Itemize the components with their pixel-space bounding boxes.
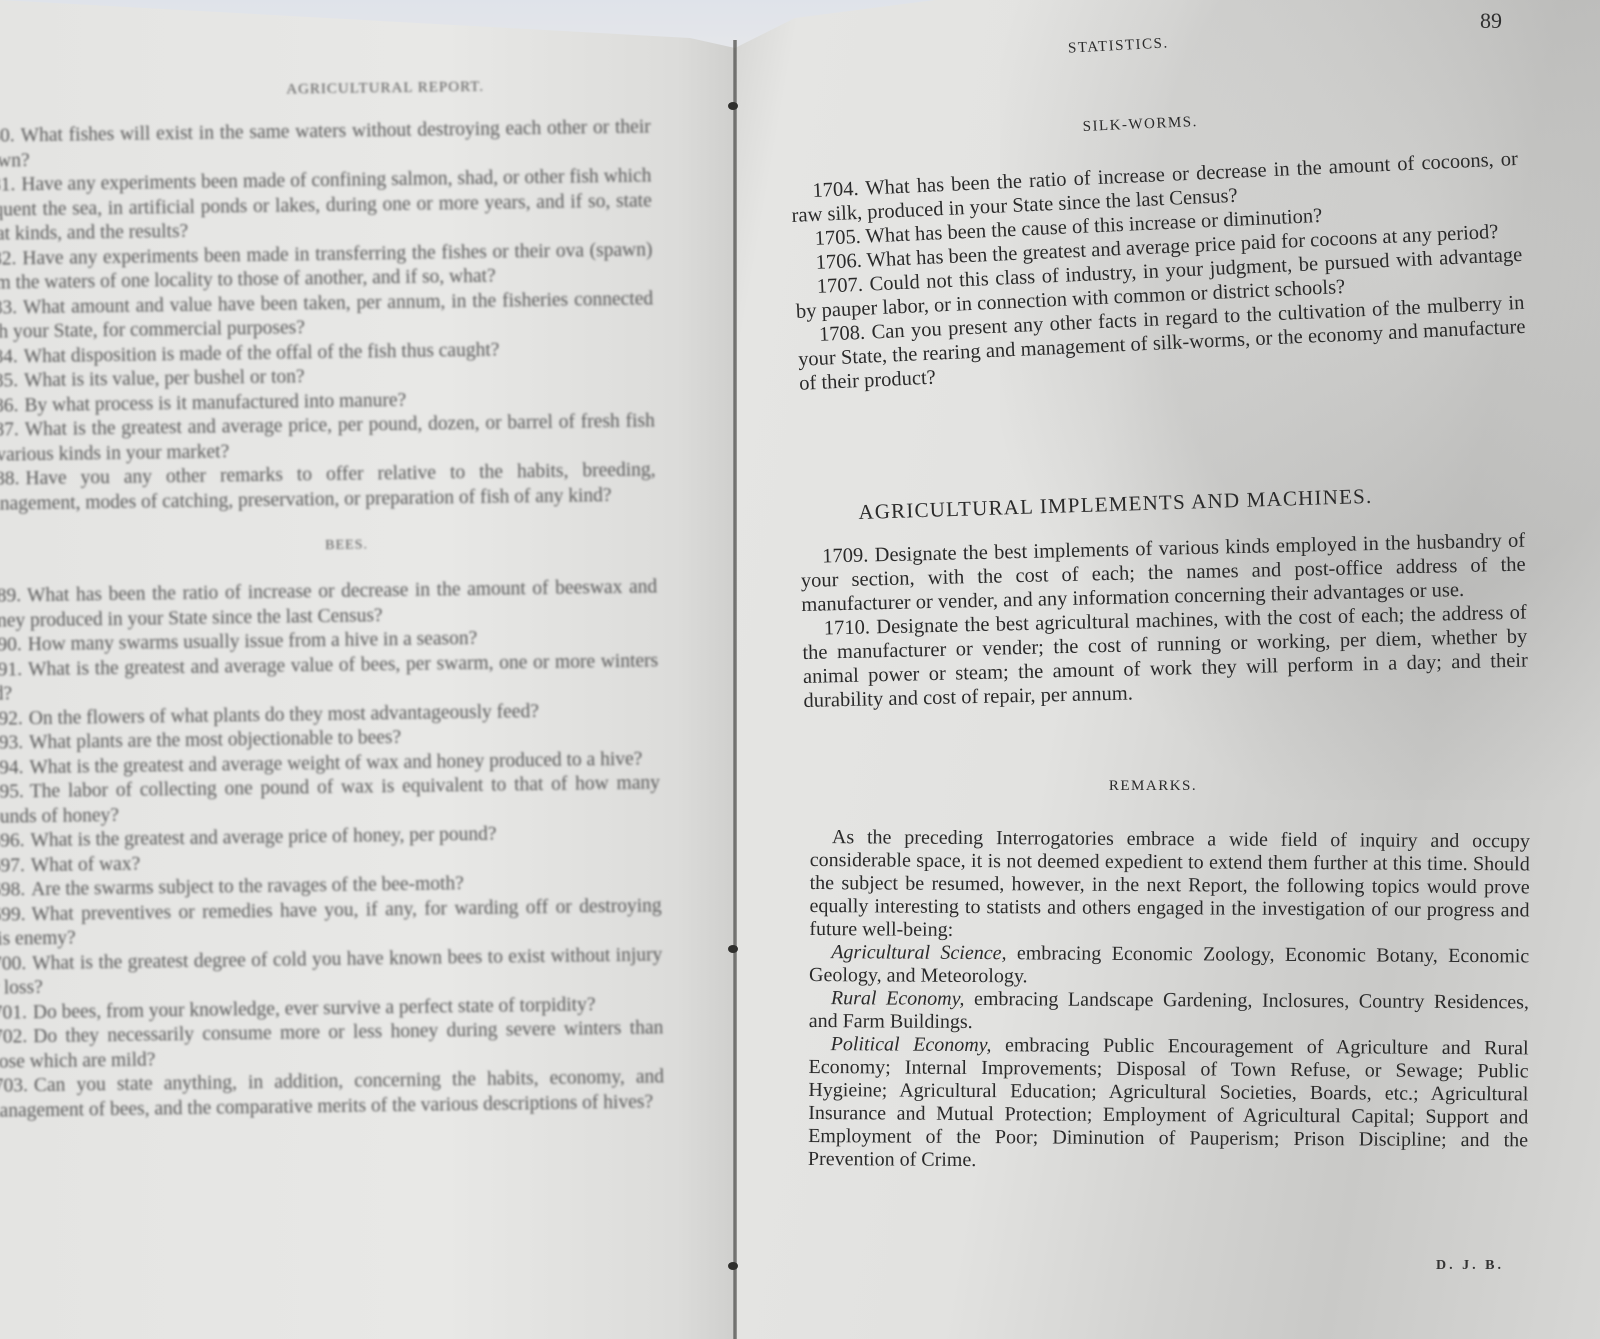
binding-thread-mark [728,1262,738,1270]
binding-thread-mark [728,945,738,953]
running-head-left: AGRICULTURAL REPORT. [120,77,650,101]
topic-item: Rural Economy, embracing Landscape Garde… [809,987,1529,1037]
binding-thread-mark [728,102,738,110]
question-item: 1681.Have any experiments been made of c… [0,164,652,247]
remarks-intro: As the preceding Interrogatories embrace… [809,826,1530,945]
section-heading-bees: BEES. [36,533,656,558]
topic-item: Agricultural Science, embracing Economic… [809,941,1529,991]
topic-item: Political Economy, embracing Public Enco… [808,1033,1529,1175]
remarks-body: As the preceding Interrogatories embrace… [808,826,1530,1175]
silk-worms-questions: 1704. What has been the ratio of increas… [790,147,1527,396]
section-heading-remarks: REMARKS. [1098,778,1208,795]
book-gutter [733,40,737,1339]
page-number: 89 [1480,8,1502,34]
question-item: 1710. Designate the best agricultural ma… [802,601,1529,713]
question-item: 1688.Have you any other remarks to offer… [0,458,656,516]
implements-questions: 1709. Designate the best implements of v… [800,529,1529,713]
left-page-text: AGRICULTURAL REPORT. 1680.What fishes wi… [0,71,665,1124]
question-item: 1703.Can you state anything, in addition… [0,1065,665,1123]
signature-initials: D. J. B. [1436,1258,1504,1274]
